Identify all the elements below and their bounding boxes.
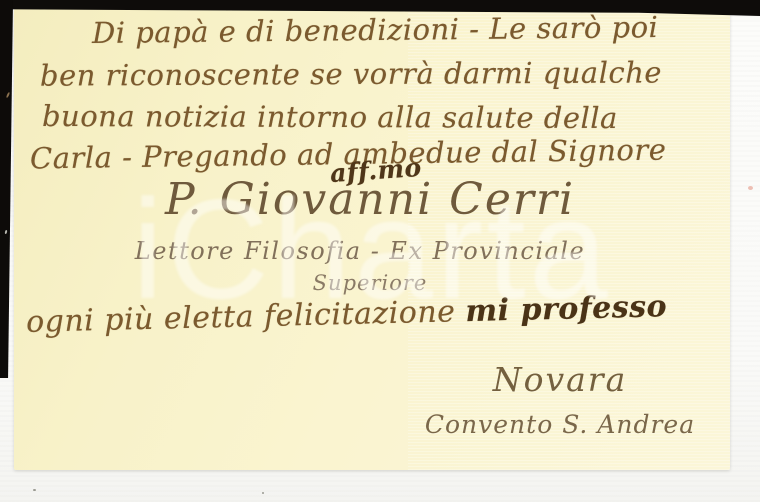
dust-speck	[262, 492, 264, 494]
handwritten-line-2: ben riconoscente se vorrà darmi qualche	[40, 55, 662, 92]
printed-address: Convento S. Andrea	[415, 410, 705, 439]
printed-name: P. Giovanni Cerri	[140, 174, 600, 225]
printed-role-line: Lettore Filosofia - Ex Provinciale	[120, 237, 600, 265]
handwritten-line-3: buona notizia intorno alla salute della	[42, 99, 618, 135]
dust-speck	[748, 186, 753, 190]
printed-city: Novara	[455, 360, 665, 399]
dust-speck	[33, 489, 36, 491]
handwritten-line-1: Di papà e di benedizioni - Le sarò poi	[92, 10, 659, 50]
scanner-edge-left	[0, 0, 13, 378]
closing-dark-ink: mi professo	[465, 289, 667, 329]
scanned-visiting-card-image: Di papà e di benedizioni - Le sarò poi b…	[0, 0, 760, 502]
